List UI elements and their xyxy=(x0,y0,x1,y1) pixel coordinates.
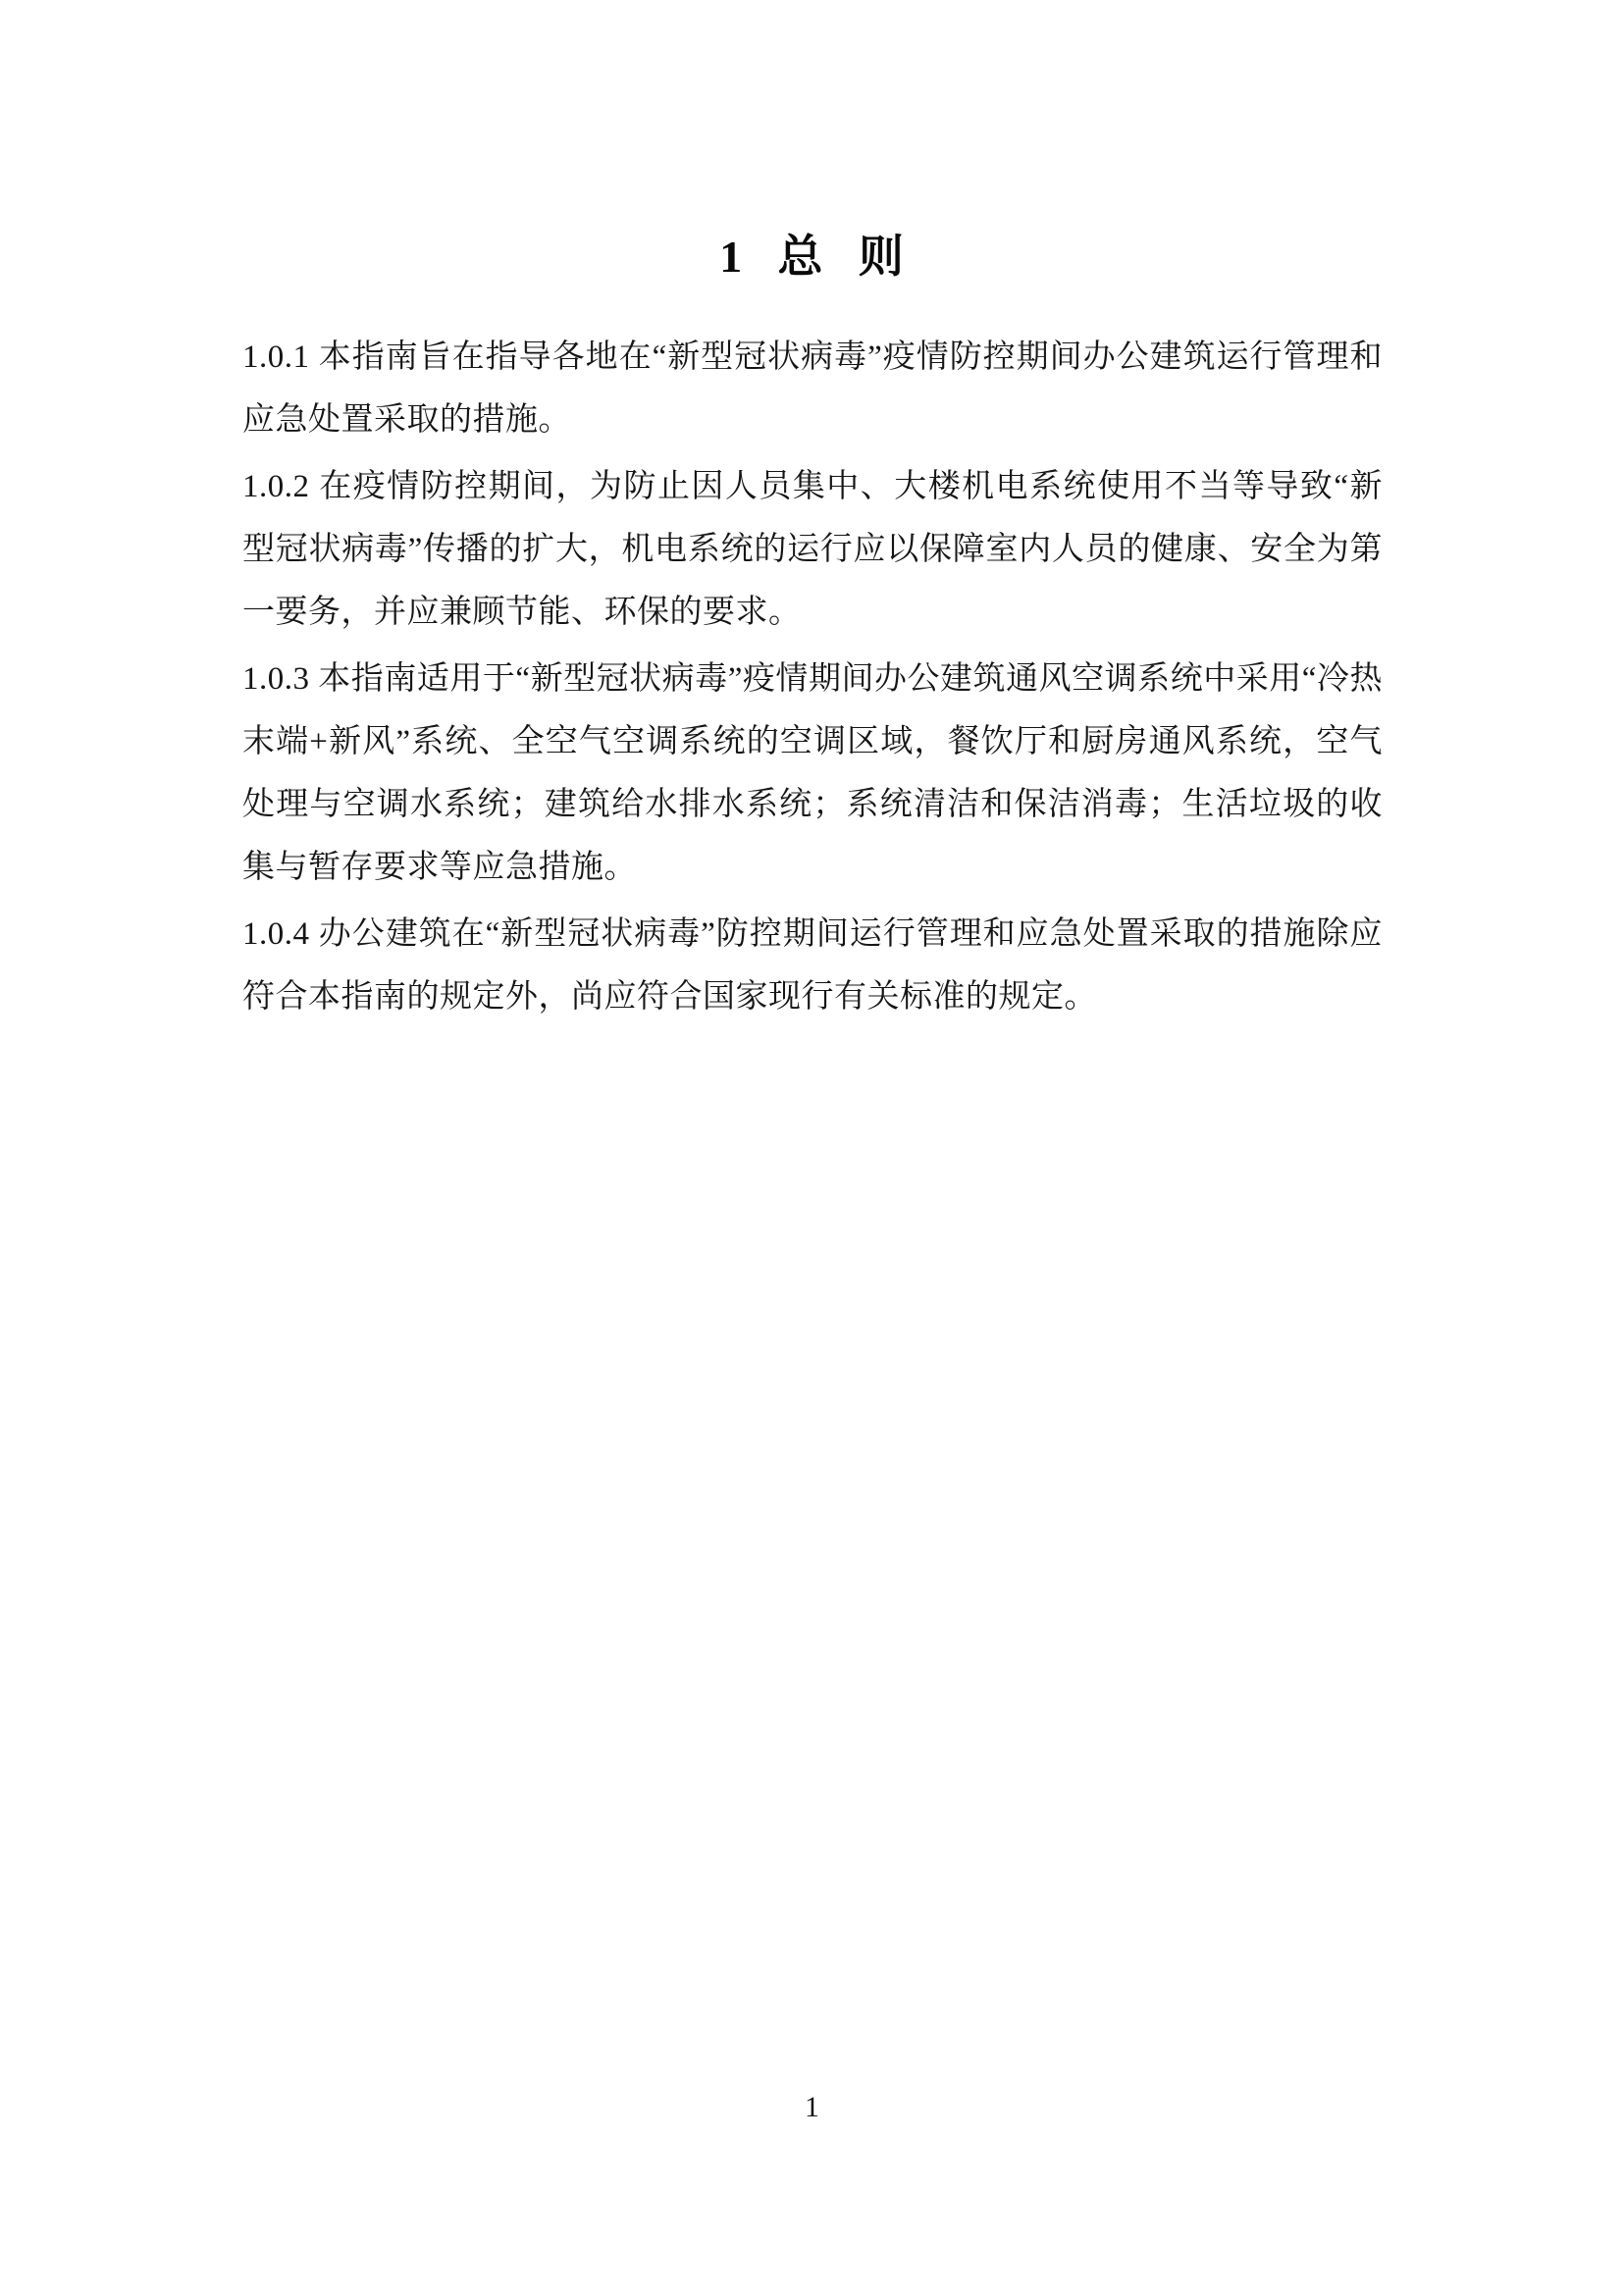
paragraph-1-0-1: 1.0.1 本指南旨在指导各地在“新型冠状病毒”疫情防控期间办公建筑运行管理和应… xyxy=(242,326,1383,451)
paragraph-1-0-3: 1.0.3 本指南适用于“新型冠状病毒”疫情期间办公建筑通风空调系统中采用“冷热… xyxy=(242,648,1383,899)
document-page: 1 总 则 1.0.1 本指南旨在指导各地在“新型冠状病毒”疫情防控期间办公建筑… xyxy=(0,0,1624,2295)
page-title: 1 总 则 xyxy=(242,226,1383,288)
paragraph-1-0-2: 1.0.2 在疫情防控期间，为防止因人员集中、大楼机电系统使用不当等导致“新型冠… xyxy=(242,455,1383,644)
page-number: 1 xyxy=(0,2092,1624,2123)
document-content: 1 总 则 1.0.1 本指南旨在指导各地在“新型冠状病毒”疫情防控期间办公建筑… xyxy=(242,226,1383,1032)
paragraph-1-0-4: 1.0.4 办公建筑在“新型冠状病毒”防控期间运行管理和应急处置采取的措施除应符… xyxy=(242,903,1383,1028)
